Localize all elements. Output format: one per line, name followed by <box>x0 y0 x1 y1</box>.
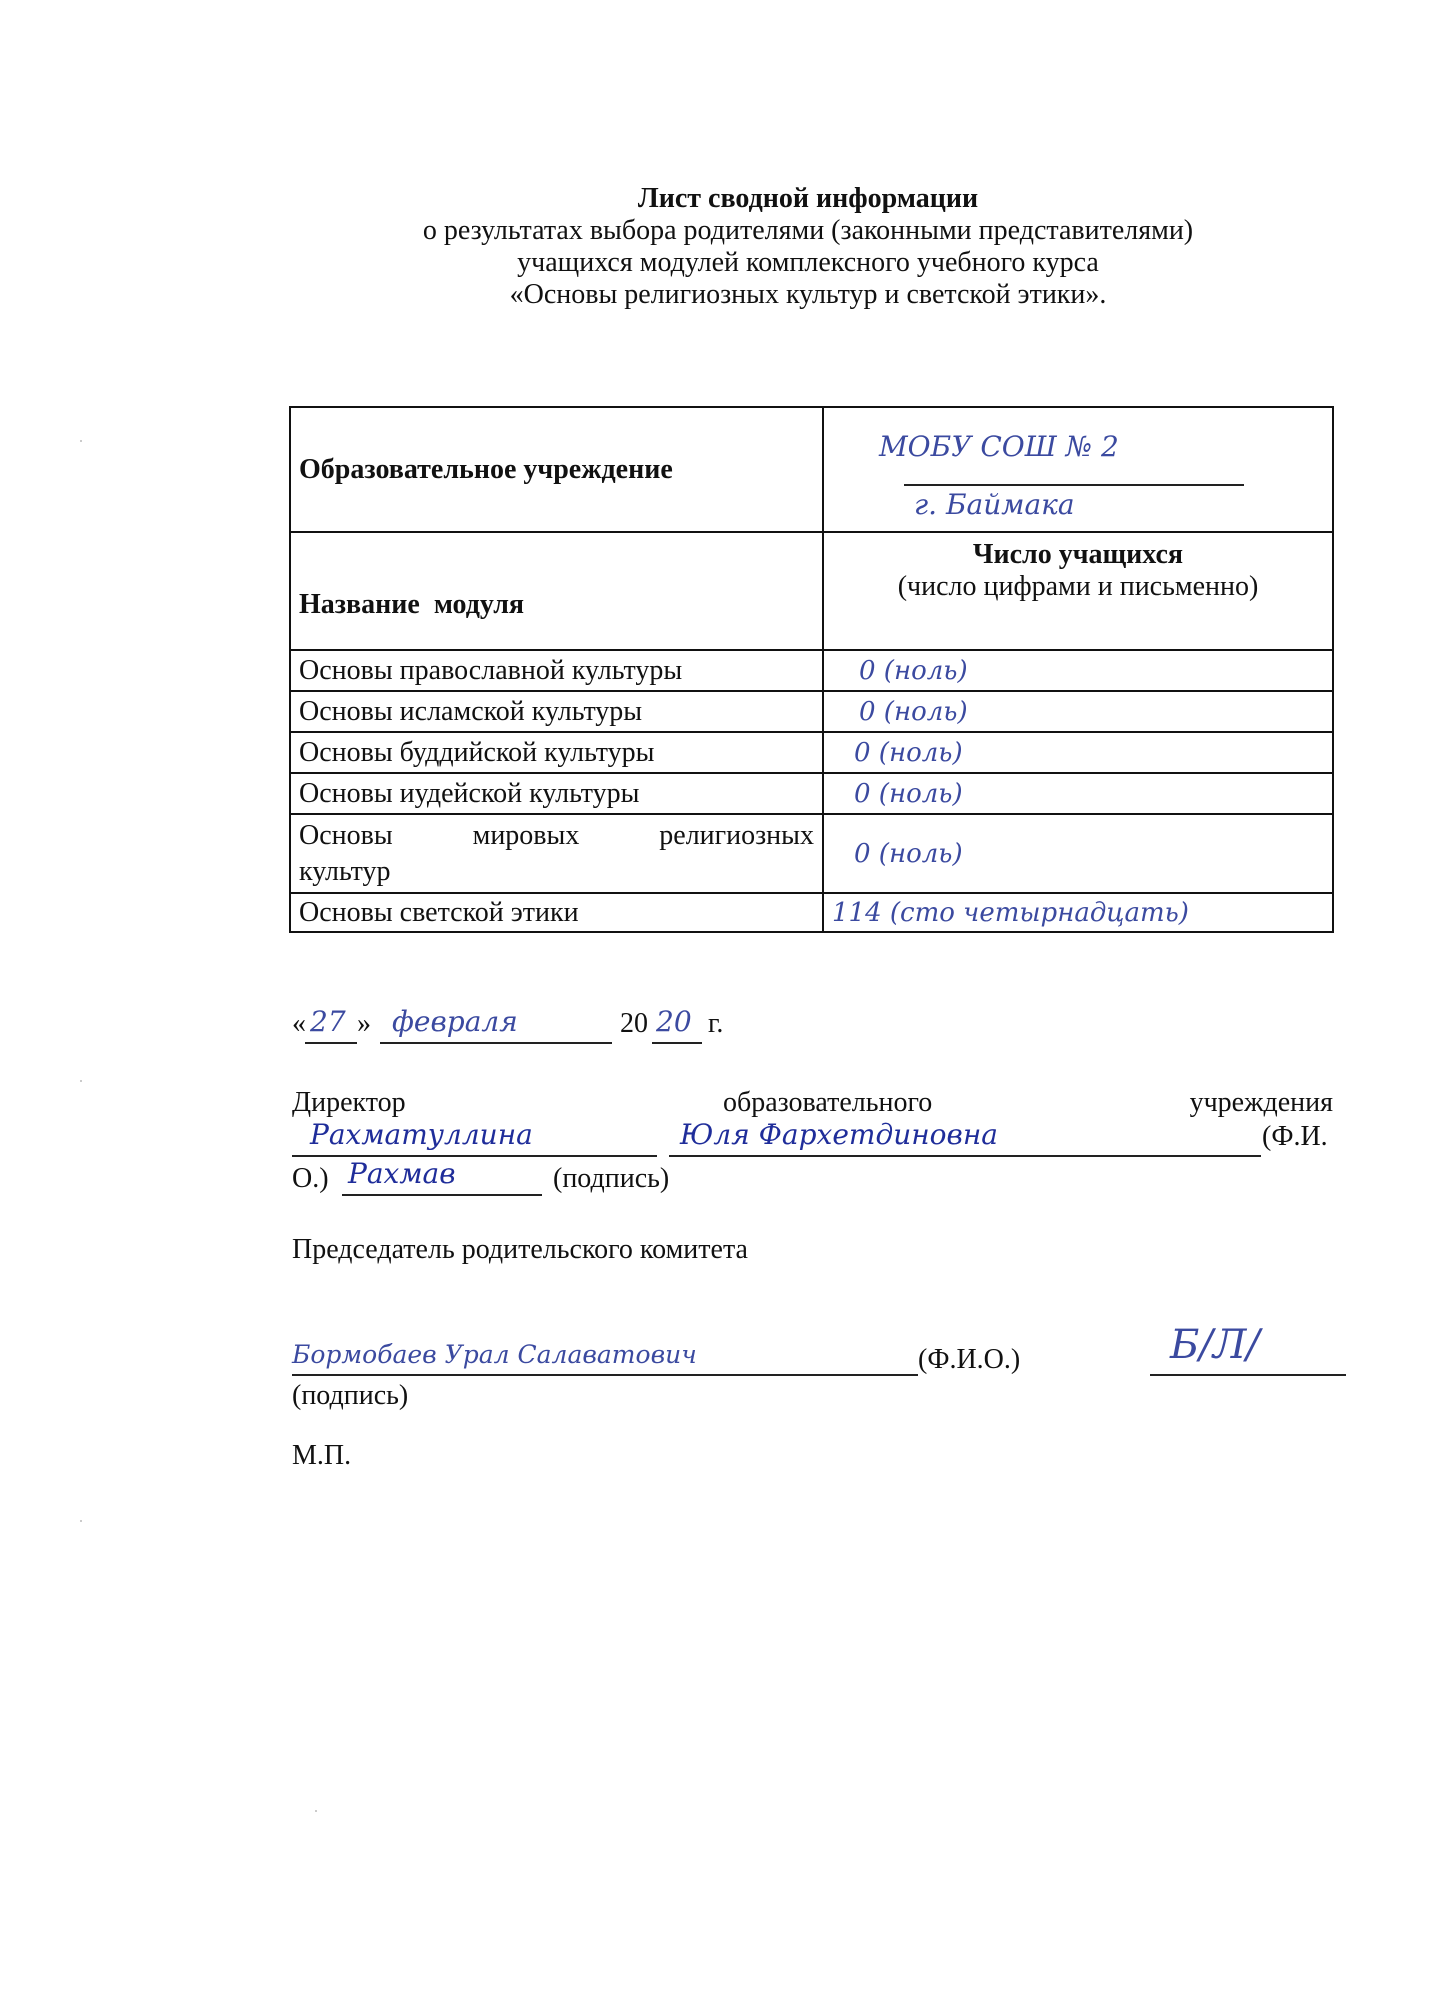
director-fio-label-cont: О.) <box>292 1163 329 1195</box>
module-name: Основы православной культуры <box>290 650 823 691</box>
date-day: 27 <box>310 1005 346 1039</box>
count-header-note: (число цифрами и письменно) <box>832 571 1324 603</box>
document-title: Лист сводной информации <box>0 183 1454 215</box>
date-open-quote: « <box>292 1007 306 1041</box>
table-row: Основы иудейской культуры 0 (ноль) <box>290 773 1333 814</box>
director-label-word: Директор <box>292 1086 406 1120</box>
date-month: февраля <box>392 1005 518 1039</box>
module-name: Основы светской этики <box>290 893 823 932</box>
module-name: Основы исламской культуры <box>290 691 823 732</box>
chairman-fio-underline <box>292 1374 918 1376</box>
document-subtitle-line-2: учащихся модулей комплексного учебного к… <box>0 247 1454 279</box>
module-word: религиозных <box>659 818 814 854</box>
student-count: 114 (сто четырнадцать) <box>823 893 1333 932</box>
institution-value-line2: г. Баймака <box>914 488 1075 521</box>
chairman-fio-label: (Ф.И.О.) <box>918 1344 1020 1376</box>
date-year-prefix: 20 <box>620 1007 648 1041</box>
chairman-signature-label: (подпись) <box>292 1380 408 1412</box>
module-word: Основы <box>299 818 393 854</box>
date-year-underline <box>652 1042 702 1044</box>
director-surname-underline <box>292 1155 657 1157</box>
scan-speck <box>315 1810 317 1812</box>
table-row: Основы светской этики 114 (сто четырнадц… <box>290 893 1333 932</box>
director-fio-label: (Ф.И. <box>1262 1121 1328 1153</box>
module-column-header: Название модуля <box>290 532 823 650</box>
institution-label: Образовательное учреждение <box>290 407 823 532</box>
institution-value: МОБУ СОШ № 2 г. Баймака <box>823 407 1333 532</box>
module-name: Основы иудейской культуры <box>290 773 823 814</box>
document-subtitle-line-3: «Основы религиозных культур и светской э… <box>0 279 1454 311</box>
director-name-underline <box>669 1155 1261 1157</box>
chairman-signature-underline <box>1150 1374 1346 1376</box>
date-month-underline <box>380 1042 612 1044</box>
stamp-label: М.П. <box>292 1440 351 1472</box>
chairman-label: Председатель родительского комитета <box>292 1234 748 1266</box>
date-year-mark: г. <box>708 1007 723 1041</box>
module-name-line-1: Основы мировых религиозных <box>299 818 814 854</box>
module-word: мировых <box>473 818 580 854</box>
chairman-signature: Б/Л/ <box>1170 1322 1260 1368</box>
director-surname: Рахматуллина <box>310 1118 533 1151</box>
director-signature: Рахмав <box>348 1157 456 1190</box>
student-count: 0 (ноль) <box>823 650 1333 691</box>
institution-underline <box>904 484 1244 486</box>
module-name: Основы мировых религиозных культур <box>290 814 823 893</box>
document-subtitle-line-1: о результатах выбора родителями (законны… <box>0 215 1454 247</box>
director-signature-underline <box>342 1194 542 1196</box>
student-count: 0 (ноль) <box>823 691 1333 732</box>
director-label-word: учреждения <box>1190 1086 1333 1120</box>
director-signature-label: (подпись) <box>553 1163 669 1195</box>
scan-speck <box>80 440 82 442</box>
table-row: Основы православной культуры 0 (ноль) <box>290 650 1333 691</box>
table-row: Основы исламской культуры 0 (ноль) <box>290 691 1333 732</box>
institution-value-line1: МОБУ СОШ № 2 <box>879 430 1119 463</box>
count-header-title: Число учащихся <box>832 539 1324 571</box>
student-count: 0 (ноль) <box>823 773 1333 814</box>
table-row: Основы мировых религиозных культур 0 (но… <box>290 814 1333 893</box>
module-name-line-2: культур <box>299 854 814 890</box>
director-label: Директор образовательного учреждения <box>292 1086 1333 1120</box>
count-column-header: Число учащихся (число цифрами и письменн… <box>823 532 1333 650</box>
table-header-row: Название модуля Число учащихся (число ци… <box>290 532 1333 650</box>
scan-speck <box>80 1520 82 1522</box>
chairman-fio-value: Бормобаев Урал Салаватович <box>292 1340 697 1369</box>
date-day-underline <box>305 1042 357 1044</box>
student-count: 0 (ноль) <box>823 814 1333 893</box>
date-year-suffix: 20 <box>656 1005 692 1039</box>
module-choice-table: Образовательное учреждение МОБУ СОШ № 2 … <box>289 406 1334 933</box>
date-close-quote: » <box>357 1007 371 1041</box>
module-name: Основы буддийской культуры <box>290 732 823 773</box>
table-row: Основы буддийской культуры 0 (ноль) <box>290 732 1333 773</box>
director-label-word: образовательного <box>723 1086 932 1120</box>
director-name-patronymic: Юля Фархетдиновна <box>680 1118 998 1151</box>
date-line: « 27 » февраля 20 20 г. <box>292 1007 752 1047</box>
student-count: 0 (ноль) <box>823 732 1333 773</box>
scan-speck <box>80 1080 82 1082</box>
institution-row: Образовательное учреждение МОБУ СОШ № 2 … <box>290 407 1333 532</box>
